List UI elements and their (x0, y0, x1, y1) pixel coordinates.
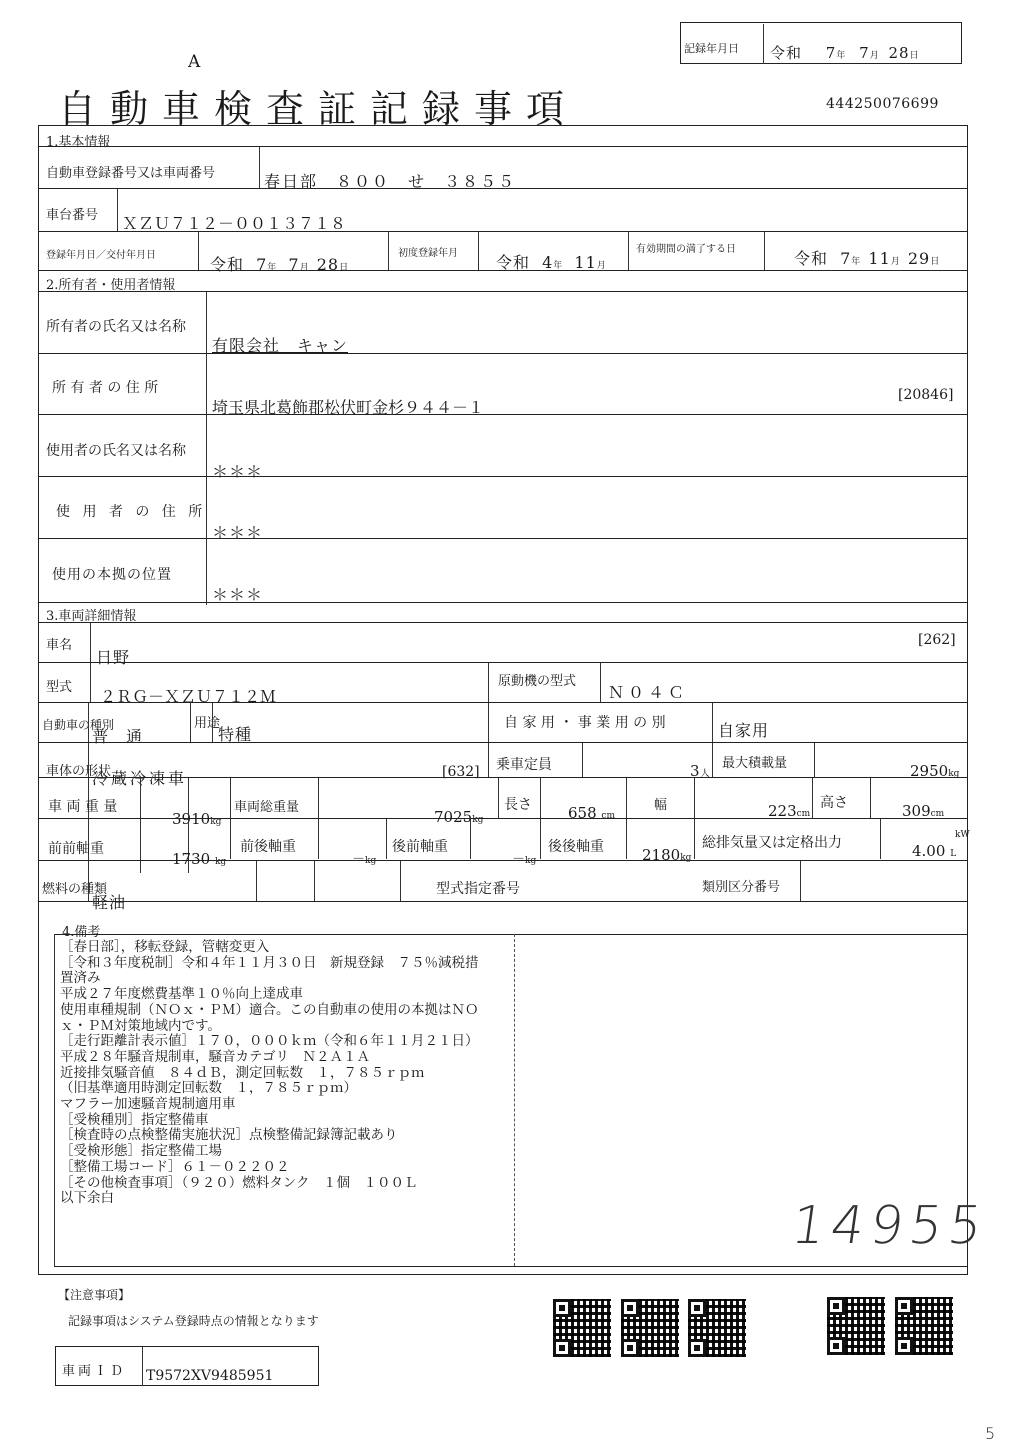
height-label: 高さ (820, 792, 848, 812)
unit-day: 日 (910, 51, 919, 61)
base-location-label: 使用の本拠の位置 (52, 564, 172, 584)
type-designation-label: 型式指定番号 (436, 878, 520, 898)
remarks-line: 平成２７年度燃費基準１０％向上達成車 (60, 987, 479, 1003)
capacity-label: 乗車定員 (496, 754, 552, 774)
max-load-label: 最大積載量 (722, 752, 787, 771)
unit-year: 年 (267, 263, 276, 273)
fr-axle-label: 前後軸重 (240, 836, 296, 856)
category: 普 通 (92, 724, 143, 747)
gross-weight: 7025kg (434, 808, 483, 826)
unit-cm: cm (601, 811, 615, 821)
rf-axle-label: 後前軸重 (392, 836, 448, 856)
rr-axle-label: 後後軸重 (548, 836, 604, 856)
qr-code-1 (553, 1299, 611, 1357)
unit-kg: kg (472, 815, 483, 825)
remarks-line: 平成２８年騒音規制車，騒音カテゴリ Ｎ２Ａ１Ａ (60, 1050, 479, 1066)
purpose-label: 用途 (194, 712, 220, 731)
expiry-day: 29 (908, 249, 930, 268)
car-name: 日野 (96, 645, 130, 668)
record-date: 令和 7年 7月 28日 (770, 42, 919, 63)
vehicle-id: T9572XV9485951 (146, 1368, 273, 1384)
displacement-value: 4.00 (912, 842, 945, 860)
engine-model: Ｎ０４Ｃ (608, 680, 688, 703)
section4-heading: 4.備考 (62, 921, 100, 940)
notes-text: 記録事項はシステム登録時点の情報となります (68, 1312, 319, 1329)
user-address-label: 使 用 者 の 住 所 (56, 501, 206, 521)
remarks-line: 置済み (60, 971, 479, 987)
unit-kg: kg (680, 853, 691, 863)
length: 658 cm (568, 804, 615, 822)
reg-date-era: 令和 (210, 255, 244, 274)
remarks-line: 使用車種規制（ＮＯｘ・ＰＭ）適合。この自動車の使用の本拠はＮＯ (60, 1003, 479, 1019)
rr-axle: 2180kg (642, 846, 691, 864)
model-label: 型式 (46, 676, 72, 695)
model: ２ＲＧ－ＸＺＵ７１２Ｍ (100, 684, 276, 707)
record-date-year: 7 (826, 44, 837, 62)
remarks-text: ［春日部］，移転登録，管轄変更入［令和３年度税制］令和４年１１月３０日 新規登録… (60, 940, 479, 1207)
user-name-label: 使用者の氏名又は名称 (46, 440, 186, 460)
ff-axle: 1730 kg (172, 850, 226, 868)
document-number: 444250076699 (826, 96, 939, 112)
expiry-label: 有効期間の満了する日 (636, 240, 736, 255)
unit-l: L (950, 849, 956, 859)
remarks-line: 以下余白 (60, 1191, 479, 1207)
unit-kg: kg (215, 857, 226, 867)
user-name: ＊＊＊ (212, 459, 263, 482)
qr-code-4 (827, 1297, 885, 1355)
user-address: ＊＊＊ (212, 520, 263, 543)
expiry-month: 11 (868, 249, 890, 268)
remarks-line: ［走行距離計表示値］１７０，０００ｋｍ（令和６年１１月２１日） (60, 1034, 479, 1050)
unit-year: 年 (836, 51, 845, 61)
length-value: 658 (568, 804, 597, 822)
ff-axle-label: 前前軸重 (48, 838, 104, 858)
qr-code-3 (688, 1299, 746, 1357)
weight-label: 車 両 重 量 (48, 796, 117, 816)
header-mark: A (188, 52, 200, 72)
gross-weight-label: 車両総重量 (234, 796, 299, 815)
weight-value: 3910 (172, 810, 210, 828)
handwritten-note: 14955 (788, 1196, 992, 1256)
vehicle-weight: 3910kg (172, 810, 221, 828)
page-mark: 5 (985, 1424, 995, 1443)
engine-label: 原動機の型式 (498, 670, 576, 689)
unit-month: 月 (300, 263, 309, 273)
reg-date-month: 7 (288, 255, 299, 274)
remarks-line: ［受検形態］指定整備工場 (60, 1144, 479, 1160)
owner-address-code: [20846] (898, 387, 953, 403)
reg-number-label: 自動車登録番号又は車両番号 (46, 162, 215, 181)
length-label: 長さ (504, 794, 532, 814)
rr-axle-value: 2180 (642, 846, 680, 864)
remarks-line: ［検査時の点検整備実施状況］点検整備記録簿記載あり (60, 1128, 479, 1144)
car-name-label: 車名 (46, 634, 72, 653)
unit-month: 月 (891, 257, 900, 267)
class-number-label: 類別区分番号 (702, 876, 780, 895)
remarks-line: ［その他検査事項］（９２０）燃料タンク １個 １００Ｌ (60, 1176, 479, 1192)
unit-kg: kg (365, 856, 376, 866)
qr-code-2 (621, 1299, 679, 1357)
remarks-line: 近接排気騒音値 ８４ｄＢ，測定回転数 １，７８５ｒｐｍ (60, 1066, 479, 1082)
qr-code-5 (895, 1297, 953, 1355)
unit-year: 年 (851, 257, 860, 267)
unit-month: 月 (870, 51, 879, 61)
record-date-day: 28 (888, 44, 909, 62)
ff-axle-value: 1730 (172, 850, 210, 868)
private-business-label: 自 家 用 ・ 事 業 用 の 別 (504, 712, 666, 732)
expiry-era: 令和 (794, 249, 828, 268)
displacement-label: 総排気量又は定格出力 (702, 832, 842, 852)
reg-date-year: 7 (256, 255, 267, 274)
remarks-line: ［春日部］，移転登録，管轄変更入 (60, 940, 479, 956)
fr-axle: －kg (352, 848, 376, 867)
record-date-month: 7 (859, 44, 870, 62)
owner-address-label: 所 有 者 の 住 所 (52, 377, 158, 397)
section1-heading: 1.基本情報 (46, 131, 110, 150)
reg-date-label: 登録年月日／交付年月日 (46, 246, 156, 261)
vehicle-id-label: 車両ＩＤ (62, 1360, 126, 1379)
unit-kw: kW (955, 830, 970, 840)
record-date-label: 記録年月日 (684, 40, 739, 56)
unit-day: 日 (930, 257, 939, 267)
reg-date-day: 28 (317, 255, 339, 274)
private-business: 自家用 (718, 718, 769, 741)
rf-axle: －kg (512, 848, 536, 867)
record-date-era: 令和 (770, 44, 802, 62)
remarks-line: ｘ・ＰＭ対策地域内です。 (60, 1019, 479, 1035)
car-name-code: [262] (918, 632, 956, 648)
width-label: 幅 (654, 794, 667, 813)
owner-name-label: 所有者の氏名又は名称 (46, 316, 186, 336)
unit-kg: kg (525, 856, 536, 866)
expiry-date: 令和 7年 11月 29日 (794, 246, 939, 269)
gross-weight-value: 7025 (434, 808, 472, 826)
remarks-line: マフラー加速騒音規制適用車 (60, 1097, 479, 1113)
first-reg-label: 初度登録年月 (398, 244, 458, 259)
unit-day: 日 (339, 263, 348, 273)
remarks-line: （旧基準適用時測定回転数 １，７８５ｒｐｍ） (60, 1081, 479, 1097)
expiry-year: 7 (840, 249, 851, 268)
notes-heading: 【注意事項】 (58, 1286, 130, 1303)
reg-date: 令和 7年 7月 28日 (210, 252, 348, 275)
remarks-line: ［整備工場コード］６１－０２２０２ (60, 1160, 479, 1176)
displacement: 4.00 L (912, 842, 956, 860)
chassis-label: 車台番号 (46, 204, 98, 223)
remarks-line: ［令和３年度税制］令和４年１１月３０日 新規登録 ７５％減税措 (60, 956, 479, 972)
